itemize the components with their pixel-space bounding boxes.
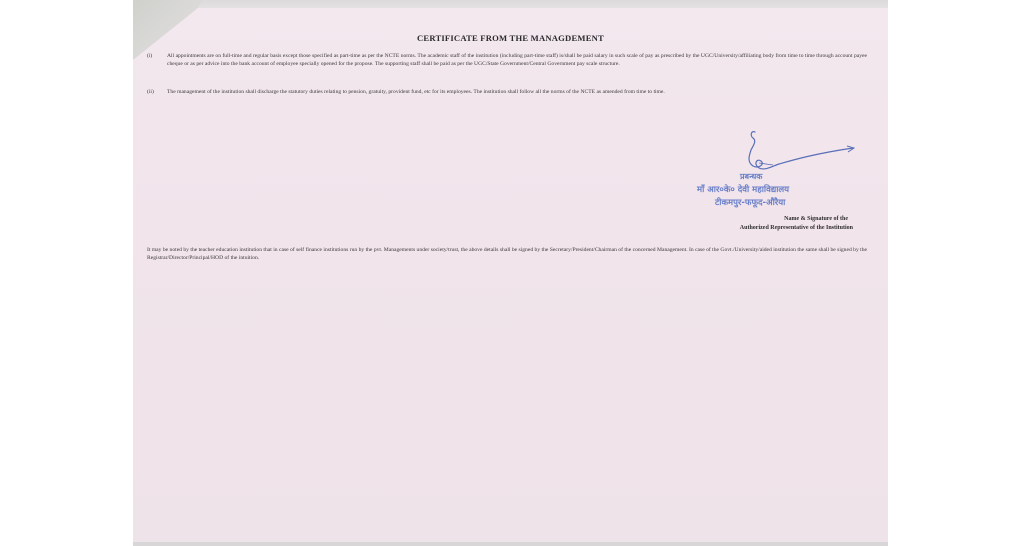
handwritten-signature-icon [713,128,863,178]
footnote: It may be noted by the teacher education… [147,246,867,263]
stamp-location: टीकमपुर-फफूद-औरैया [715,197,785,208]
clause-number: (i) [147,52,152,60]
clause-number: (ii) [147,88,154,96]
signature-caption-line1: Name & Signature of the [784,216,848,222]
stamp-designation: प्रबन्धक [740,171,762,182]
signature-caption-line2: Authorized Representative of the Institu… [740,225,853,231]
clause-text: The management of the institution shall … [167,88,867,96]
paper-page: CERTIFICATE FROM THE MANAGDEMENT (i) All… [133,0,888,546]
footnote-text: It may be noted by the teacher education… [147,246,867,263]
scanned-document: CERTIFICATE FROM THE MANAGDEMENT (i) All… [133,0,888,546]
clause-2: (ii) The management of the institution s… [147,88,867,96]
document-title: CERTIFICATE FROM THE MANAGDEMENT [133,33,888,43]
clause-1: (i) All appointments are on full-time an… [147,52,867,69]
signature-block: प्रबन्धक माँ आर०के० देवी महाविद्यालय टीक… [673,128,873,238]
stamp-institution-name: माँ आर०के० देवी महाविद्यालय [697,184,789,195]
clause-text: All appointments are on full-time and re… [167,52,867,69]
